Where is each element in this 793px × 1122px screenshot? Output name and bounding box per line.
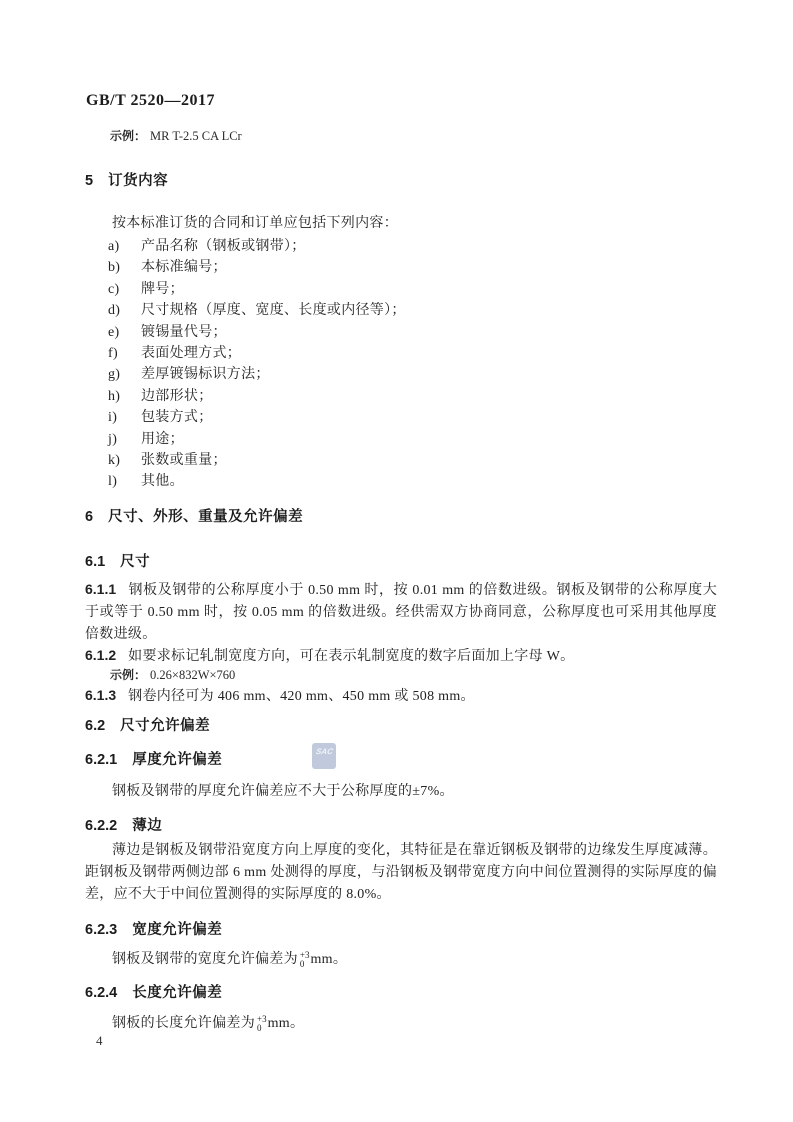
tolerance-stack: +30 bbox=[300, 951, 310, 970]
section-6-1-heading: 6.1尺寸 bbox=[85, 550, 150, 571]
list-item: k)张数或重量； bbox=[108, 450, 406, 471]
section-5-heading: 5订货内容 bbox=[85, 169, 168, 190]
section-6-2-heading: 6.2尺寸允许偏差 bbox=[85, 714, 210, 735]
example-value: 0.26×832W×760 bbox=[150, 668, 235, 682]
tolerance-stack: +30 bbox=[257, 1015, 267, 1034]
section-5-number: 5 bbox=[85, 173, 93, 189]
section-5-title: 订货内容 bbox=[108, 173, 168, 189]
section-6-2-1-heading: 6.2.1厚度允许偏差 bbox=[85, 748, 222, 769]
document-page: GB/T 2520—2017 示例：MR T-2.5 CA LCr 5订货内容 … bbox=[0, 0, 793, 1122]
section-6-heading: 6尺寸、外形、重量及允许偏差 bbox=[85, 505, 303, 526]
clause-6-1-3: 6.1.3钢卷内径可为 406 mm、420 mm、450 mm 或 508 m… bbox=[85, 684, 717, 708]
clause-number: 6.1.1 bbox=[85, 581, 116, 597]
section-6-2-2-heading: 6.2.2薄边 bbox=[85, 814, 162, 835]
clause-6-1-1: 6.1.1钢板及钢带的公称厚度小于 0.50 mm 时，按 0.01 mm 的倍… bbox=[85, 578, 717, 646]
paragraph-6-2-2: 薄边是钢板及钢带沿宽度方向上厚度的变化，其特征是在靠近钢板及钢带的边缘发生厚度减… bbox=[85, 840, 717, 906]
list-item: g)差厚镀锡标识方法； bbox=[108, 364, 406, 385]
section-6-2-4-heading: 6.2.4长度允许偏差 bbox=[85, 981, 222, 1002]
example-line-top: 示例：MR T-2.5 CA LCr bbox=[110, 127, 242, 144]
section-6-number: 6 bbox=[85, 509, 93, 525]
list-item: e)镀锡量代号； bbox=[108, 322, 406, 343]
section-6-title: 尺寸、外形、重量及允许偏差 bbox=[108, 509, 303, 525]
list-item: j)用途； bbox=[108, 429, 406, 450]
order-content-list: a)产品名称（钢板或钢带）； b)本标准编号； c)牌号； d)尺寸规格（厚度、… bbox=[108, 236, 406, 493]
paragraph-6-2-4: 钢板的长度允许偏差为+30mm。 bbox=[85, 1013, 717, 1035]
sac-watermark-text: SAC bbox=[315, 747, 334, 756]
section-6-2-3-heading: 6.2.3宽度允许偏差 bbox=[85, 918, 222, 939]
example-label: 示例： bbox=[110, 129, 146, 143]
list-item: f)表面处理方式； bbox=[108, 343, 406, 364]
paragraph-6-2-3: 钢板及钢带的宽度允许偏差为+30mm。 bbox=[85, 949, 717, 971]
example-line-612: 示例：0.26×832W×760 bbox=[110, 666, 235, 683]
list-item: d)尺寸规格（厚度、宽度、长度或内径等）； bbox=[108, 300, 406, 321]
section-5-intro: 按本标准订货的合同和订单应包括下列内容： bbox=[112, 213, 398, 235]
paragraph-6-2-1: 钢板及钢带的厚度允许偏差应不大于公称厚度的±7%。 bbox=[85, 781, 717, 803]
list-item: i)包装方式； bbox=[108, 407, 406, 428]
list-item: h)边部形状； bbox=[108, 386, 406, 407]
clause-number: 6.1.3 bbox=[85, 687, 116, 703]
standard-number-header: GB/T 2520—2017 bbox=[86, 92, 215, 110]
example-label: 示例： bbox=[110, 668, 146, 682]
list-item: a)产品名称（钢板或钢带）； bbox=[108, 236, 406, 257]
list-item: l)其他。 bbox=[108, 471, 406, 492]
list-item: c)牌号； bbox=[108, 279, 406, 300]
clause-number: 6.1.2 bbox=[85, 647, 116, 663]
clause-6-1-2: 6.1.2如要求标记轧制宽度方向，可在表示轧制宽度的数字后面加上字母 W。 bbox=[85, 644, 717, 668]
example-value: MR T-2.5 CA LCr bbox=[150, 129, 242, 143]
page-number: 4 bbox=[96, 1033, 103, 1049]
list-item: b)本标准编号； bbox=[108, 257, 406, 278]
sac-watermark: SAC bbox=[312, 743, 336, 769]
